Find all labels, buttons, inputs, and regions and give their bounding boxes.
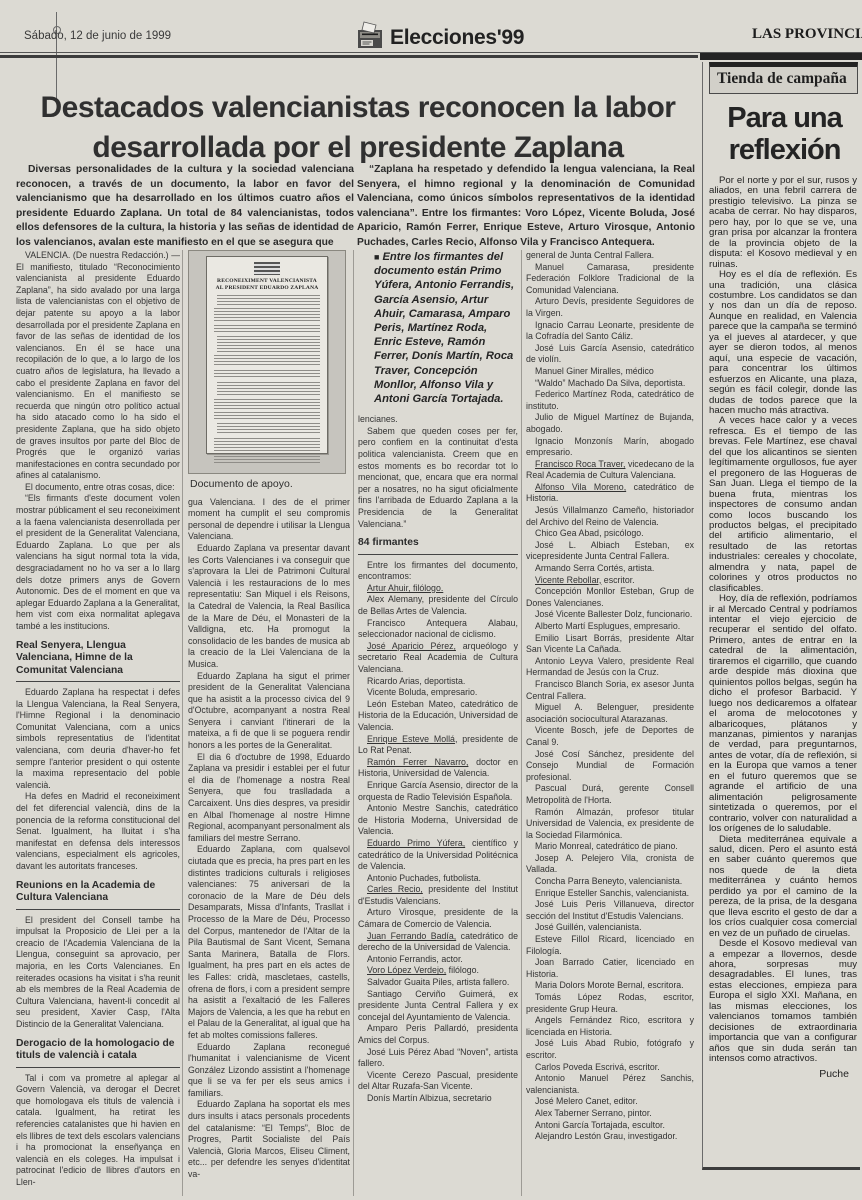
pull-quote-text: Entre los firmantes del documento están …	[374, 251, 514, 405]
body-column-3: ■Entre los firmantes del documento están…	[358, 250, 518, 1198]
document-text-block	[214, 325, 320, 333]
signatory-entry: Enrique García Asensio, director de la o…	[358, 780, 518, 803]
signatory-entry: José L. Albiach Esteban, ex vicepresiden…	[526, 540, 694, 563]
signatory-entry: Antonio Puchades, futbolista.	[358, 873, 518, 885]
senyera-flag-icon	[254, 262, 280, 275]
body-column-4: general de Junta Central Fallera.Manuel …	[526, 250, 694, 1198]
signatory-entry: Carlos Poveda Escrivá, escritor.	[526, 1062, 694, 1074]
signatory-entry: Vicente Bosch, jefe de Deportes de Canal…	[526, 725, 694, 748]
body-paragraph: El documento, entre otras cosas, dice:	[16, 482, 180, 494]
body-paragraph: VALENCIA. (De nuestra Redacción.) — El m…	[16, 250, 180, 482]
sidebar-body: Por el norte y por el sur, rusos y aliad…	[709, 176, 860, 1079]
lead-text: Diversas personalidades de la cultura y …	[16, 163, 354, 250]
underlined-name: Carles Recio,	[367, 884, 423, 894]
signatory-entry: José Luis García Asensio, catedrático de…	[526, 343, 694, 366]
signatory-entry: “Waldo” Machado Da Silva, deportista.	[526, 378, 694, 390]
signatory-entry: León Esteban Mateo, catedrático de Histo…	[358, 699, 518, 734]
masthead: LAS PROVINCIAS / 2	[752, 26, 862, 43]
body-paragraph: Eduardo Zaplana ha soportat els mes durs…	[188, 1099, 350, 1180]
signatory-entry: Donís Martín Albizua, secretario	[358, 1093, 518, 1105]
signatory-entry: Antonio Leyva Valero, presidente Real He…	[526, 656, 694, 679]
sidebar-kicker: Tienda de campaña	[709, 62, 858, 94]
signatory-entry: Antoni García Tortajada, escultor.	[526, 1120, 694, 1132]
sidebar-top-bar	[700, 53, 862, 60]
signatory-entry: Vicente Rebollar, escritor.	[526, 575, 694, 587]
photo-caption: Documento de apoyo.	[188, 474, 350, 497]
signatory-entry: Alex Taberner Serrano, pintor.	[526, 1108, 694, 1120]
underlined-name: Eduardo Primo Yúfera,	[367, 838, 465, 848]
signatory-entry: Arturo Devís, presidente Seguidores de l…	[526, 296, 694, 319]
signatory-entry: Miguel A. Belenguer, presidente asociaci…	[526, 702, 694, 725]
signatory-entry: Salvador Guaita Piles, artista fallero.	[358, 977, 518, 989]
body-column-2: RECONEIXIMENT VALENCIANISTA AL PRESIDENT…	[188, 250, 350, 1198]
sidebar-paragraph: Dieta mediterránea equivale a salud, dic…	[709, 835, 857, 940]
signatory-entry: Manuel Camarasa, presidente Federación F…	[526, 262, 694, 297]
lead-paragraph-left: Diversas personalidades de la cultura y …	[16, 163, 354, 250]
document-text-lines	[213, 295, 321, 465]
body-paragraph: general de Junta Central Fallera.	[526, 250, 694, 262]
sidebar-title: Para una reflexión	[709, 102, 860, 166]
underlined-name: Voro López Verdejo,	[367, 965, 446, 975]
signatory-entry: José Luis Peris Villanueva, director sec…	[526, 899, 694, 922]
signatory-entry: Ricardo Arias, deportista.	[358, 676, 518, 688]
opinion-sidebar: Tienda de campaña Para una reflexión Por…	[702, 62, 860, 1170]
subhead: Derogacio de la homologacio de tituls de…	[16, 1038, 180, 1068]
signatory-entry: Santiago Cerviño Guimerá, ex presidente …	[358, 989, 518, 1024]
signatory-entry: Ignacio Carrau Leonarte, presidente de l…	[526, 320, 694, 343]
subhead: Real Senyera, Llengua Valenciana, Himne …	[16, 640, 180, 683]
document-text-block	[214, 355, 320, 367]
signatory-entry: Mario Monreal, catedrático de piano.	[526, 841, 694, 853]
sidebar-paragraph: Hoy, día de reflexión, podríamos ir al M…	[709, 594, 857, 834]
body-paragraph: Sabem que queden coses per fer, pero con…	[358, 426, 518, 530]
square-bullet-icon: ■	[374, 252, 379, 262]
signatory-entry: Ramón Ferrer Navarro, doctor en Historia…	[358, 757, 518, 780]
column-text: general de Junta Central Fallera.Manuel …	[526, 250, 694, 1143]
body-paragraph: Eduardo Zaplana va presentar davant les …	[188, 543, 350, 671]
signatory-entry: Chico Gea Abad, psicólogo.	[526, 528, 694, 540]
body-column-1: VALENCIA. (De nuestra Redacción.) — El m…	[16, 250, 180, 1198]
signatory-entry: Maria Dolors Morote Bernal, escritora.	[526, 980, 694, 992]
underlined-name: Ramón Ferrer Navarro,	[367, 757, 468, 767]
signatory-entry: Antonio Manuel Pérez Sanchis, valenciani…	[526, 1073, 694, 1096]
signatory-entry: Federico Martínez Roda, catedrático de i…	[526, 389, 694, 412]
underlined-name: Alfonso Vila Moreno,	[535, 482, 626, 492]
signatory-entry: Enrique Esteller Sanchis, valencianista.	[526, 888, 694, 900]
body-paragraph: lencianes.	[358, 414, 518, 426]
signatory-entry: Emilio Lisart Borrás, presidente Altar S…	[526, 633, 694, 656]
signatory-entry: Enrique Esteve Mollá, presidente de Lo R…	[358, 734, 518, 757]
signatory-entry: Vicente Cerezo Pascual, presidente del A…	[358, 1070, 518, 1093]
signatory-entry: José Aparicio Pérez, arqueólogo y secret…	[358, 641, 518, 676]
document-title: RECONEIXIMENT VALENCIANISTA AL PRESIDENT…	[213, 278, 321, 291]
body-paragraph: “Els firmants d'este document volen most…	[16, 493, 180, 632]
column-text: gua Valenciana. I des de el primer momen…	[188, 497, 350, 1181]
signatory-entry: Antonio Mestre Sanchis, catedrático de H…	[358, 803, 518, 838]
underlined-name: José Aparicio Pérez,	[367, 641, 456, 651]
body-paragraph: Ha defes en Madrid el reconeiximent del …	[16, 791, 180, 872]
subhead: Reunions en la Academia de Cultura Valen…	[16, 880, 180, 910]
signatory-entry: Josep A. Pelejero Vila, cronista de Vall…	[526, 853, 694, 876]
body-paragraph: gua Valenciana. I des de el primer momen…	[188, 497, 350, 543]
body-paragraph: Eduardo Zaplana ha sigut el primer presi…	[188, 671, 350, 752]
signatory-entry: Francisco Antequera Alabau, seleccionado…	[358, 618, 518, 641]
page-date: Sábado, 12 de junio de 1999	[24, 30, 171, 42]
underlined-name: Juan Ferrando Badía,	[367, 931, 456, 941]
signatory-entry: Julio de Miguel Martínez de Bujanda, abo…	[526, 412, 694, 435]
signatory-entry: Manuel Giner Miralles, médico	[526, 366, 694, 378]
signatory-entry: Amparo Peris Pallardó, presidenta Amics …	[358, 1023, 518, 1046]
pull-quote: ■Entre los firmantes del documento están…	[374, 250, 518, 406]
lead-paragraph-right: “Zaplana ha respetado y defendido la len…	[357, 163, 695, 250]
sidebar-paragraph: Hoy es el día de reflexión. Es una tradi…	[709, 270, 857, 416]
signatory-entry: Arturo Virosque, presidente de la Cámara…	[358, 907, 518, 930]
body-paragraph: Tal i com va prometre al aplegar al Gove…	[16, 1073, 180, 1189]
signatory-entry: Concepción Monllor Esteban, Grup de Done…	[526, 586, 694, 609]
sidebar-paragraph: A veces hace calor y a veces refresca. E…	[709, 416, 857, 594]
signatory-entry: José Vicente Ballester Dolz, funcionario…	[526, 609, 694, 621]
ballot-box-icon	[352, 20, 386, 55]
document-text-block	[214, 456, 320, 465]
underlined-name: Francisco Roca Traver,	[535, 459, 625, 469]
subhead: 84 firmantes	[358, 537, 518, 555]
body-paragraph: Eduardo Zaplana, com qualsevol ciutada q…	[188, 844, 350, 1041]
document-text-block	[217, 423, 320, 435]
body-paragraph: Entre los firmantes del documento, encon…	[358, 560, 518, 583]
document-text-block	[214, 412, 320, 420]
column-rule-3	[521, 250, 522, 1196]
body-paragraph: Eduardo Zaplana ha respectat i defes la …	[16, 687, 180, 791]
document-photo: RECONEIXIMENT VALENCIANISTA AL PRESIDENT…	[188, 250, 346, 474]
document-text-block	[217, 382, 320, 396]
column-rule-2	[353, 250, 354, 1196]
signatory-entry: Juan Ferrando Badía, catedrático de dere…	[358, 931, 518, 954]
body-paragraph: El dia 6 d'octubre de 1998, Eduardo Zapl…	[188, 752, 350, 845]
signatory-entry: Alex Alemany, presidente del Círculo de …	[358, 594, 518, 617]
column-rule-1	[182, 250, 183, 1196]
signatory-entry: Alberto Martí Esplugues, empresario.	[526, 621, 694, 633]
signatory-entry: Alejandro Lestón Grau, investigador.	[526, 1131, 694, 1143]
lead-text: “Zaplana ha respetado y defendido la len…	[357, 163, 695, 250]
signatory-entry: Eduardo Primo Yúfera, científico y cated…	[358, 838, 518, 873]
document-text-block	[214, 399, 320, 409]
signatory-entry: Francisco Blanch Soria, ex asesor Junta …	[526, 679, 694, 702]
signatory-entry: Jesús Villalmanzo Cameño, historiador de…	[526, 505, 694, 528]
body-paragraph: El president del Consell tambe ha impuls…	[16, 915, 180, 1031]
document-figure: RECONEIXIMENT VALENCIANISTA AL PRESIDENT…	[188, 250, 350, 497]
signatory-entry: Vicente Boluda, empresario.	[358, 687, 518, 699]
underlined-name: Vicente Rebollar,	[535, 575, 601, 585]
signatory-entry: José Luis Pérez Abad “Noven”, artista fa…	[358, 1047, 518, 1070]
document-text-block	[217, 336, 320, 352]
newspaper-page: Sábado, 12 de junio de 1999 Elecciones'9…	[0, 0, 862, 1200]
document-text-block	[217, 295, 320, 305]
signatory-entry: Alfonso Vila Moreno, catedrático de Hist…	[526, 482, 694, 505]
sidebar-paragraph: Por el norte y por el sur, rusos y aliad…	[709, 176, 857, 270]
signatory-entry: Joan Barrado Catier, licenciado en Histo…	[526, 957, 694, 980]
document-text-block	[214, 370, 320, 379]
signatory-entry: Angels Fernández Rico, escritora y licen…	[526, 1015, 694, 1038]
signatory-entry: Concha Parra Beneyto, valencianista.	[526, 876, 694, 888]
column-text: VALENCIA. (De nuestra Redacción.) — El m…	[16, 250, 180, 1188]
signatory-entry: Ramón Almazán, profesor titular Universi…	[526, 807, 694, 842]
signatory-entry: José Guillén, valencianista.	[526, 922, 694, 934]
signatory-entry: Armando Serra Cortés, artista.	[526, 563, 694, 575]
column-text: lencianes.Sabem que queden coses per fer…	[358, 414, 518, 1104]
signatory-entry: Francisco Roca Traver, vicedecano de la …	[526, 459, 694, 482]
signatory-entry: José Luis Abad Rubio, fotógrafo y escrit…	[526, 1038, 694, 1061]
signatory-entry: José Cosí Sánchez, presidente del Consej…	[526, 749, 694, 784]
underlined-name: Artur Ahuir, filólogo.	[367, 583, 443, 593]
signatory-entry: Antonio Ferrandis, actor.	[358, 954, 518, 966]
sidebar-byline: Puche	[709, 1065, 857, 1079]
document-page: RECONEIXIMENT VALENCIANISTA AL PRESIDENT…	[206, 256, 328, 454]
section-banner: Elecciones'99	[352, 20, 524, 55]
signatory-entry: Artur Ahuir, filólogo.	[358, 583, 518, 595]
signatory-entry: Pascual Durá, gerente Consell Metropolit…	[526, 783, 694, 806]
signatory-entry: Esteve Fillol Ricard, licenciado en Filo…	[526, 934, 694, 957]
signatory-entry: José Melero Canet, editor.	[526, 1096, 694, 1108]
document-text-block	[214, 308, 320, 322]
signatory-entry: Voro López Verdejo, filólogo.	[358, 965, 518, 977]
document-text-block	[214, 438, 320, 453]
section-title: Elecciones'99	[390, 26, 524, 50]
header-rule-thick	[0, 55, 698, 58]
signatory-entry: Ignacio Monzonís Marín, abogado empresar…	[526, 436, 694, 459]
sidebar-paragraph: Desde el Kosovo medieval van a empezar a…	[709, 939, 857, 1064]
body-paragraph: Eduardo Zaplana reconegué l'humanitat i …	[188, 1042, 350, 1100]
underlined-name: Enrique Esteve Mollá,	[367, 734, 457, 744]
signatory-entry: Carles Recio, presidente del Institut d'…	[358, 884, 518, 907]
article-headline: Destacados valencianistas reconocen la l…	[22, 88, 694, 168]
signatory-entry: Tomás López Rodas, escritor, presidente …	[526, 992, 694, 1015]
